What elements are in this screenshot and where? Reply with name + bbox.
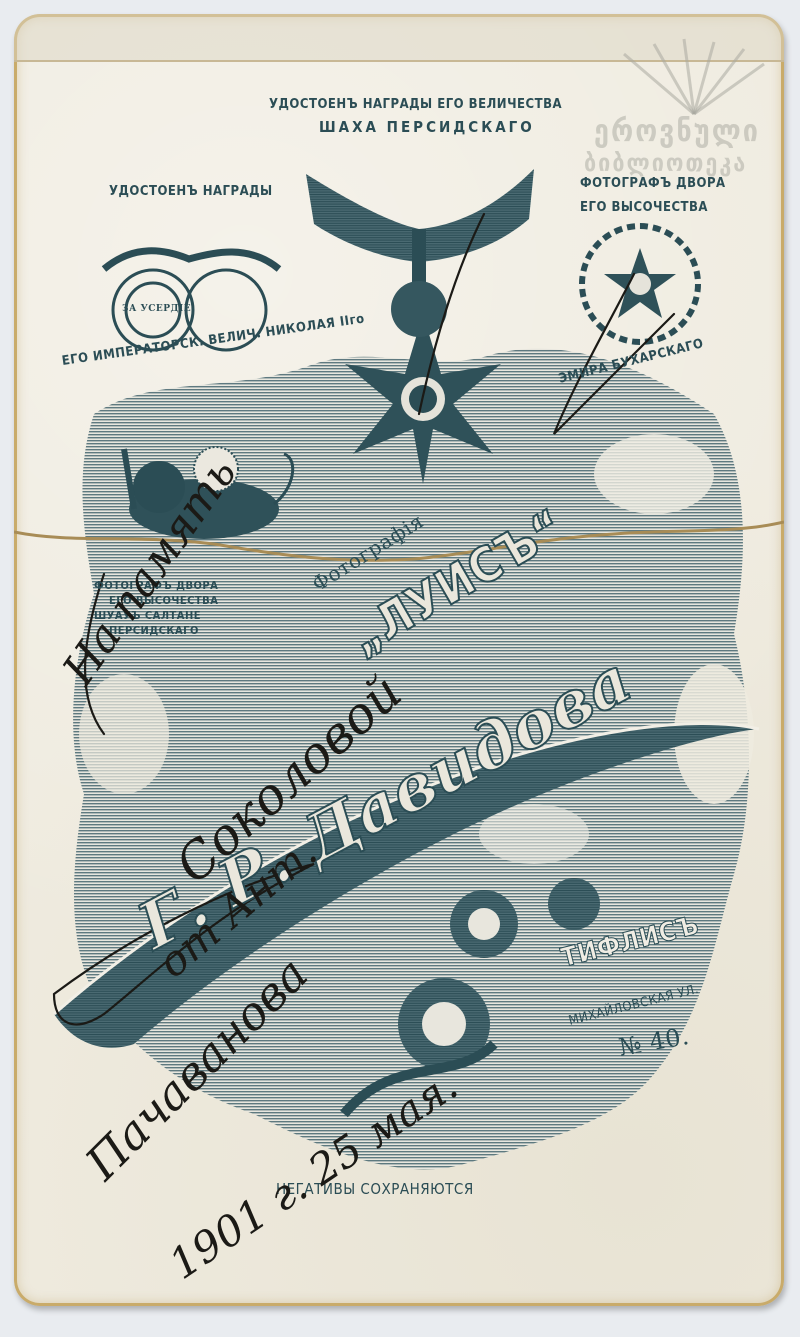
top-award-line-1: УДОСТОЕНЪ НАГРАДЫ ЕГО ВЕЛИЧЕСТВА (269, 97, 562, 112)
photo-card-back: ეროვნული ბიბლიოთეკა УДОСТОЕНЪ НАГРАДЫ ЕГ… (14, 14, 784, 1306)
medal-inscription: ЗА УСЕРДIЕ (122, 304, 191, 314)
watermark-line-2: ბიბლიოთეკა (584, 149, 747, 177)
right-court-line-2: ЕГО ВЫСОЧЕСТВА (580, 200, 708, 215)
left-award-heading: УДОСТОЕНЪ НАГРАДЫ (109, 184, 273, 199)
right-court-line-1: ФОТОГРАФЪ ДВОРА (580, 176, 726, 191)
top-award-line-2: ШАХА ПЕРСИДСКАГО (319, 118, 535, 136)
watermark-line-1: ეროვნული (594, 114, 760, 149)
